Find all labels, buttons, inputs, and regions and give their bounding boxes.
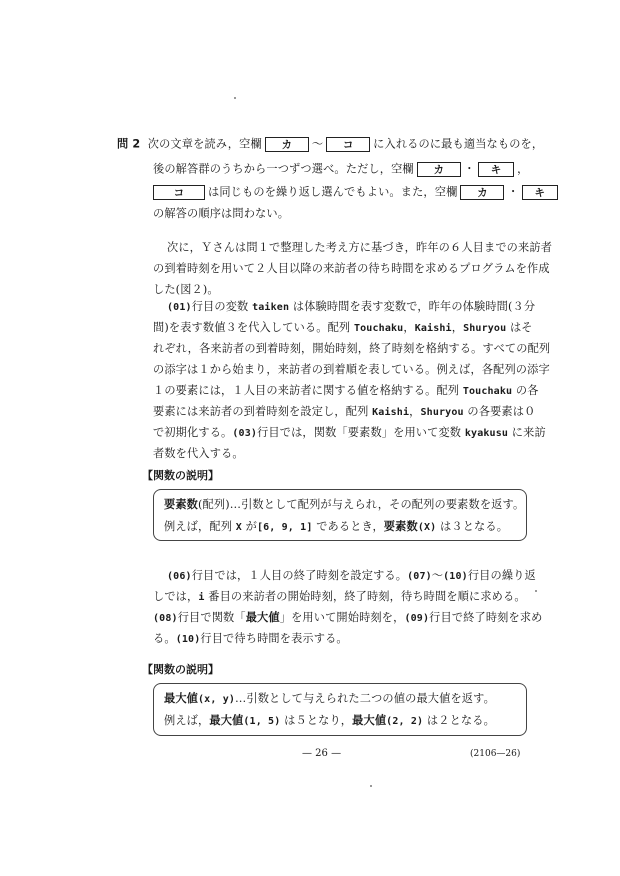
para3-line-1: (06)行目では，１人目の終了時刻を設定する。(07)～(10)行目の繰り返 [167, 569, 536, 584]
function-description-box: 要素数(配列)…引数として配列が与えられ，その配列の要素数を返す。 例えば，配列… [153, 489, 527, 541]
blank-ko: コ [326, 137, 370, 152]
page-number: — 26 — [302, 748, 341, 759]
blank-ki: キ [522, 185, 558, 200]
question-number: 問 2 [117, 138, 140, 151]
para2-line-3: れぞれ，各来訪者の到着時刻，開始時刻，終了時刻を格納する。すべての配列 [153, 342, 550, 356]
para3-line-4: る。(10)行目で待ち時間を表示する。 [153, 632, 348, 647]
blank-ki: キ [478, 162, 514, 177]
blank-ka: カ [460, 185, 504, 200]
para3-line-2: しでは，i 番目の来訪者の開始時刻，終了時刻，待ち時間を順に求める。 [153, 590, 526, 605]
func2-line-1: 最大値(x, y)…引数として与えられた二つの値の最大値を返す。 [164, 692, 495, 707]
para1-line-3: した(図２)。 [153, 283, 219, 297]
para1-line-1: 次に，Ｙさんは問１で整理した考え方に基づき，昨年の６人目までの来訪者 [167, 241, 552, 255]
question-line-3: コは同じものを繰り返し選んでもよい。また，空欄カ・キ [150, 185, 561, 200]
func2-line-2: 例えば，最大値(1, 5) は５となり，最大値(2, 2) は２となる。 [164, 714, 495, 729]
para2-line-5: １の要素には，１人目の来訪者に関する値を格納する。配列 Touchaku の各 [153, 384, 539, 399]
scan-speck [370, 785, 372, 787]
para2-line-7: で初期化する。(03)行目では，関数「要素数」を用いて変数 kyakusu に来… [153, 426, 546, 441]
question-line-2: 後の解答群のうちから一つずつ選べ。ただし，空欄カ・キ， [153, 162, 528, 177]
para2-line-4: の添字は１から始まり，来訪者の到着順を表している。例えば，各配列の添字 [153, 363, 550, 377]
function-description-heading: 【関数の説明】 [142, 661, 219, 677]
func1-line-2: 例えば，配列 X が[6, 9, 1] であるとき，要素数(X) は３となる。 [164, 520, 508, 535]
function-description-box: 最大値(x, y)…引数として与えられた二つの値の最大値を返す。 例えば，最大値… [153, 683, 527, 736]
para2-line-6: 要素には来訪者の到着時刻を設定し，配列 Kaishi，Shuryou の各要素は… [153, 405, 535, 420]
func1-line-1: 要素数(配列)…引数として配列が与えられ，その配列の要素数を返す。 [164, 498, 524, 512]
para3-line-3: (08)行目で関数「最大値」を用いて開始時刻を，(09)行目で終了時刻を求め [153, 611, 543, 626]
scan-speck [535, 590, 537, 592]
blank-ka: カ [265, 137, 309, 152]
function-description-heading: 【関数の説明】 [142, 467, 219, 483]
document-code: (2106—26) [470, 749, 520, 759]
blank-ka: カ [417, 162, 461, 177]
para1-line-2: の到着時刻を用いて２人目以降の来訪者の待ち時間を求めるプログラムを作成 [153, 262, 550, 276]
para2-line-1: (01)行目の変数 taiken は体験時間を表す変数で，昨年の体験時間(３分 [167, 300, 535, 315]
para2-line-2: 間)を表す数値３を代入している。配列 Touchaku，Kaishi，Shury… [153, 321, 533, 336]
para2-line-8: 者数を代入する。 [153, 447, 244, 461]
scan-speck [234, 97, 236, 99]
question-line-4: の解答の順序は問わない。 [153, 207, 289, 221]
blank-ko: コ [153, 185, 205, 200]
question-line-1: 問 2 次の文章を読み，空欄カ～コに入れるのに最も適当なものを， [117, 137, 543, 152]
